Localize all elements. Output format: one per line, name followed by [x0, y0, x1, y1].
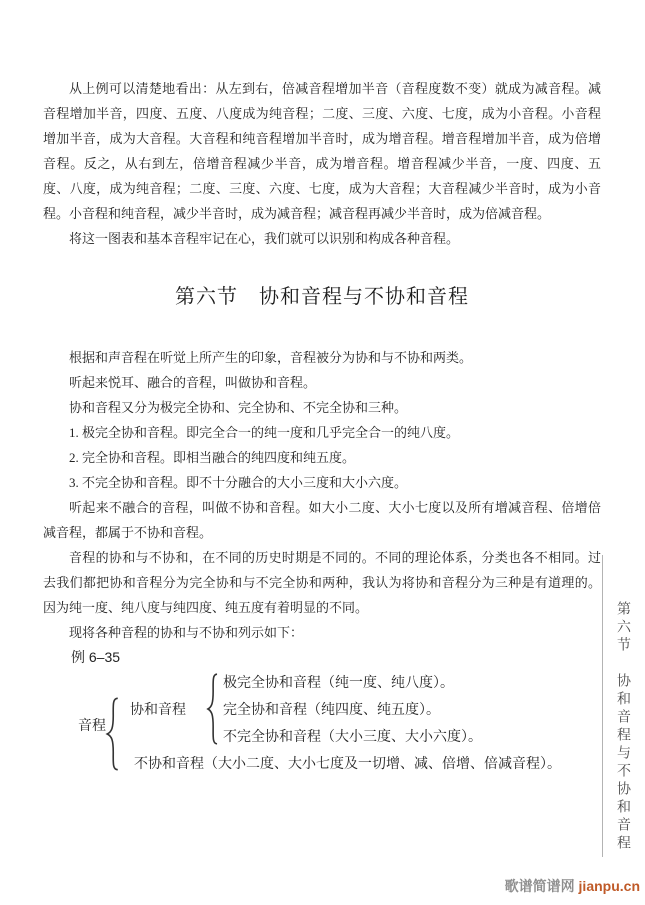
- interval-classification-diagram: 音程 协和音程 极完全协和音程（纯一度、纯八度）。 完全协和音程（纯四度、纯五度…: [43, 670, 601, 790]
- diagram-leaf-perfect: 完全协和音程（纯四度、纯五度）。: [223, 701, 440, 721]
- margin-divider-rule: [602, 555, 603, 857]
- list-item-1: 1. 极完全协和音程。即完全合一的纯一度和几乎完全合一的纯八度。: [43, 420, 601, 445]
- example-number-label: 例 6–35: [43, 645, 601, 670]
- main-text-column: 从上例可以清楚地看出：从左到右，倍减音程增加半音（音程度数不变）就成为减音程。减…: [43, 76, 601, 790]
- paragraph-interval-rules: 从上例可以清楚地看出：从左到右，倍减音程增加半音（音程度数不变）就成为减音程。减…: [43, 76, 601, 226]
- watermark: 歌谱简谱网 jianpu.cn: [505, 876, 640, 896]
- paragraph-dissonant-def: 听起来不融合的音程，叫做不协和音程。如大小二度、大小七度以及所有增减音程、倍增倍…: [43, 495, 601, 545]
- list-item-2: 2. 完全协和音程。即相当融合的纯四度和纯五度。: [43, 445, 601, 470]
- diagram-leaf-most-perfect: 极完全协和音程（纯一度、纯八度）。: [223, 674, 454, 694]
- book-page: 从上例可以清楚地看出：从左到右，倍减音程增加半音（音程度数不变）就成为减音程。减…: [0, 0, 645, 905]
- paragraph-list-intro: 现将各种音程的协和与不协和列示如下：: [43, 620, 601, 645]
- margin-chapter-title: 第六节 协和音程与不协和音程: [612, 601, 632, 853]
- diagram-root-label: 音程: [78, 717, 106, 737]
- left-brace-icon: [105, 696, 120, 772]
- paragraph-classification: 根据和声音程在听觉上所产生的印象，音程被分为协和与不协和两类。: [43, 345, 601, 370]
- list-item-3: 3. 不完全协和音程。即不十分融合的大小三度和大小六度。: [43, 470, 601, 495]
- watermark-site-name: 歌谱简谱网: [505, 878, 575, 894]
- paragraph-three-kinds: 协和音程又分为极完全协和、完全协和、不完全协和三种。: [43, 395, 601, 420]
- section-title: 第六节 协和音程与不协和音程: [43, 282, 601, 312]
- paragraph-remember-chart: 将这一图表和基本音程牢记在心，我们就可以识别和构成各种音程。: [43, 226, 601, 251]
- paragraph-consonant-def: 听起来悦耳、融合的音程，叫做协和音程。: [43, 370, 601, 395]
- left-brace-icon: [206, 672, 219, 746]
- diagram-leaf-imperfect: 不完全协和音程（大小三度、大小六度）。: [223, 728, 482, 748]
- watermark-site-url: jianpu.cn: [579, 878, 640, 894]
- diagram-leaf-dissonant: 不协和音程（大小二度、大小七度及一切增、减、倍增、倍减音程）。: [134, 755, 561, 775]
- diagram-consonant-branch-label: 协和音程: [130, 701, 186, 721]
- paragraph-history: 音程的协和与不协和，在不同的历史时期是不同的。不同的理论体系，分类也各不相同。过…: [43, 545, 601, 620]
